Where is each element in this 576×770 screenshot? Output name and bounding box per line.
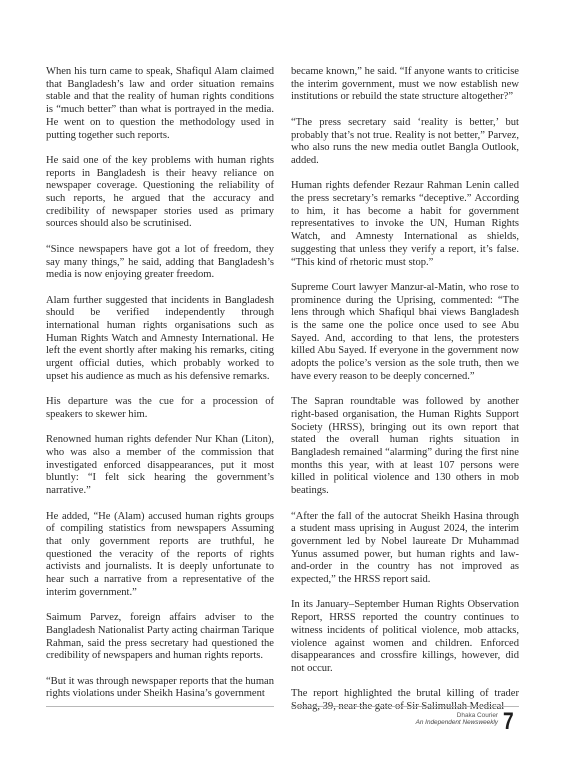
paragraph: Supreme Court lawyer Manzur-al-Matin, wh… [291, 282, 519, 384]
paragraph: The Sapran roundtable was followed by an… [291, 396, 519, 498]
magazine-page: When his turn came to speak, Shafiqul Al… [0, 0, 576, 770]
paragraph: Human rights defender Rezaur Rahman Leni… [291, 180, 519, 269]
footer-divider-right [291, 706, 519, 707]
page-footer: Dhaka Courier An Independent Newsweekly [416, 712, 498, 727]
paragraph: His departure was the cue for a processi… [46, 396, 274, 421]
paragraph: The report highlighted the brutal killin… [291, 688, 519, 713]
paragraph: In its January–September Human Rights Ob… [291, 599, 519, 675]
article-column-right: became known,” he said. “If anyone wants… [291, 66, 519, 714]
paragraph: He added, “He (Alam) accused human right… [46, 511, 274, 600]
paragraph: He said one of the key problems with hum… [46, 155, 274, 231]
page-number: 7 [503, 709, 514, 735]
paragraph: “The press secretary said ‘reality is be… [291, 117, 519, 168]
paragraph: Saimum Parvez, foreign affairs adviser t… [46, 612, 274, 663]
paragraph: became known,” he said. “If anyone wants… [291, 66, 519, 104]
paragraph: “After the fall of the autocrat Sheikh H… [291, 511, 519, 587]
paragraph: “But it was through newspaper reports th… [46, 676, 274, 701]
footer-divider-left [46, 706, 274, 707]
publication-name: Dhaka Courier [416, 712, 498, 719]
paragraph: Renowned human rights defender Nur Khan … [46, 434, 274, 498]
paragraph: When his turn came to speak, Shafiqul Al… [46, 66, 274, 142]
publication-tagline: An Independent Newsweekly [416, 719, 498, 726]
article-column-left: When his turn came to speak, Shafiqul Al… [46, 66, 274, 701]
paragraph: “Since newspapers have got a lot of free… [46, 244, 274, 282]
paragraph: Alam further suggested that incidents in… [46, 295, 274, 384]
